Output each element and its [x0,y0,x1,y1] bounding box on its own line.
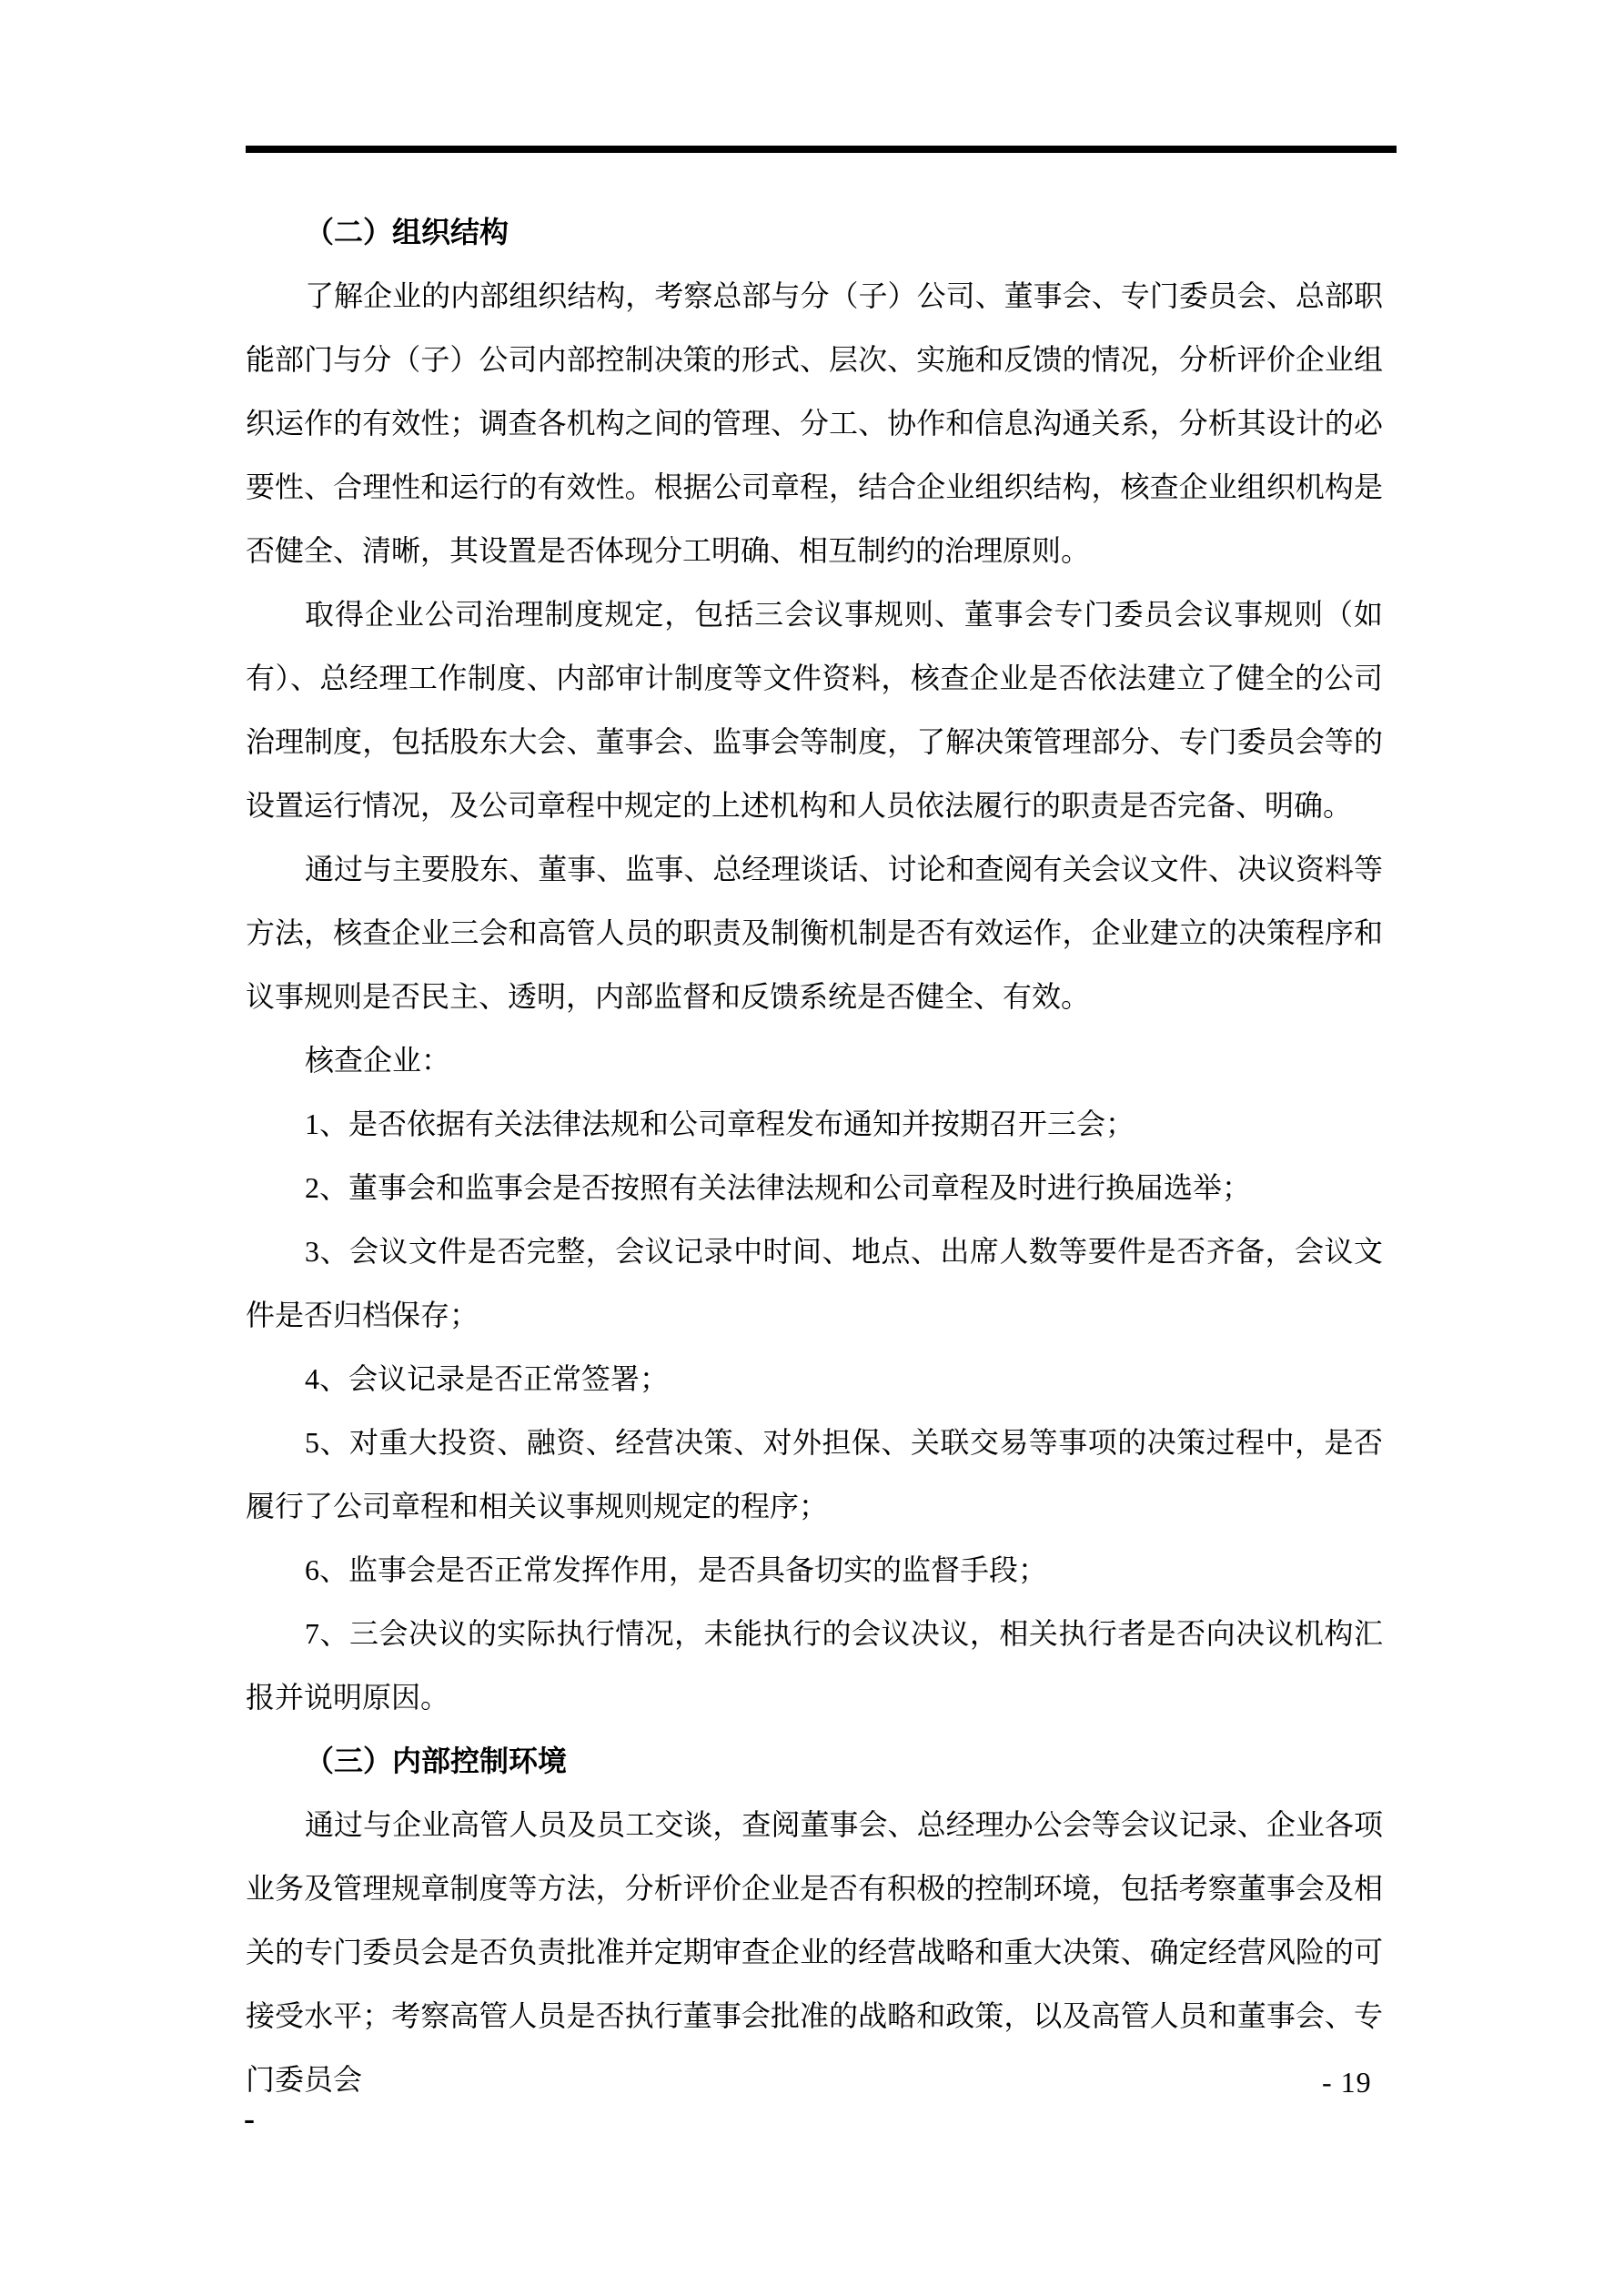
paragraph: 通过与主要股东、董事、监事、总经理谈话、讨论和查阅有关会议文件、决议资料等方法，… [246,837,1383,1028]
list-item-6: 6、监事会是否正常发挥作用，是否具备切实的监督手段； [246,1538,1383,1602]
paragraph-check-enterprise-lead: 核查企业： [246,1028,1383,1092]
footer-dash-mark: - [244,2102,255,2135]
paragraph: 通过与企业高管人员及员工交谈，查阅董事会、总经理办公会等会议记录、企业各项业务及… [246,1793,1383,2111]
list-item-5: 5、对重大投资、融资、经营决策、对外担保、关联交易等事项的决策过程中，是否履行了… [246,1411,1383,1538]
paragraph: 了解企业的内部组织结构，考察总部与分（子）公司、董事会、专门委员会、总部职能部门… [246,264,1383,582]
list-item-1: 1、是否依据有关法律法规和公司章程发布通知并按期召开三会； [246,1092,1383,1156]
page-number: - 19 [1322,2068,1372,2097]
list-item-3: 3、会议文件是否完整，会议记录中时间、地点、出席人数等要件是否齐备，会议文件是否… [246,1219,1383,1347]
paragraph: 取得企业公司治理制度规定，包括三会议事规则、董事会专门委员会议事规则（如有）、总… [246,582,1383,837]
section-heading-organization-structure: （二）组织结构 [246,200,1383,264]
document-page: （二）组织结构 了解企业的内部组织结构，考察总部与分（子）公司、董事会、专门委员… [0,0,1624,2296]
list-item-7: 7、三会决议的实际执行情况，未能执行的会议决议，相关执行者是否向决议机构汇报并说… [246,1602,1383,1729]
section-heading-internal-control-environment: （三）内部控制环境 [246,1729,1383,1793]
header-rule [246,146,1397,153]
list-item-2: 2、董事会和监事会是否按照有关法律法规和公司章程及时进行换届选举； [246,1156,1383,1219]
document-body: （二）组织结构 了解企业的内部组织结构，考察总部与分（子）公司、董事会、专门委员… [246,200,1383,2111]
list-item-4: 4、会议记录是否正常签署； [246,1347,1383,1411]
